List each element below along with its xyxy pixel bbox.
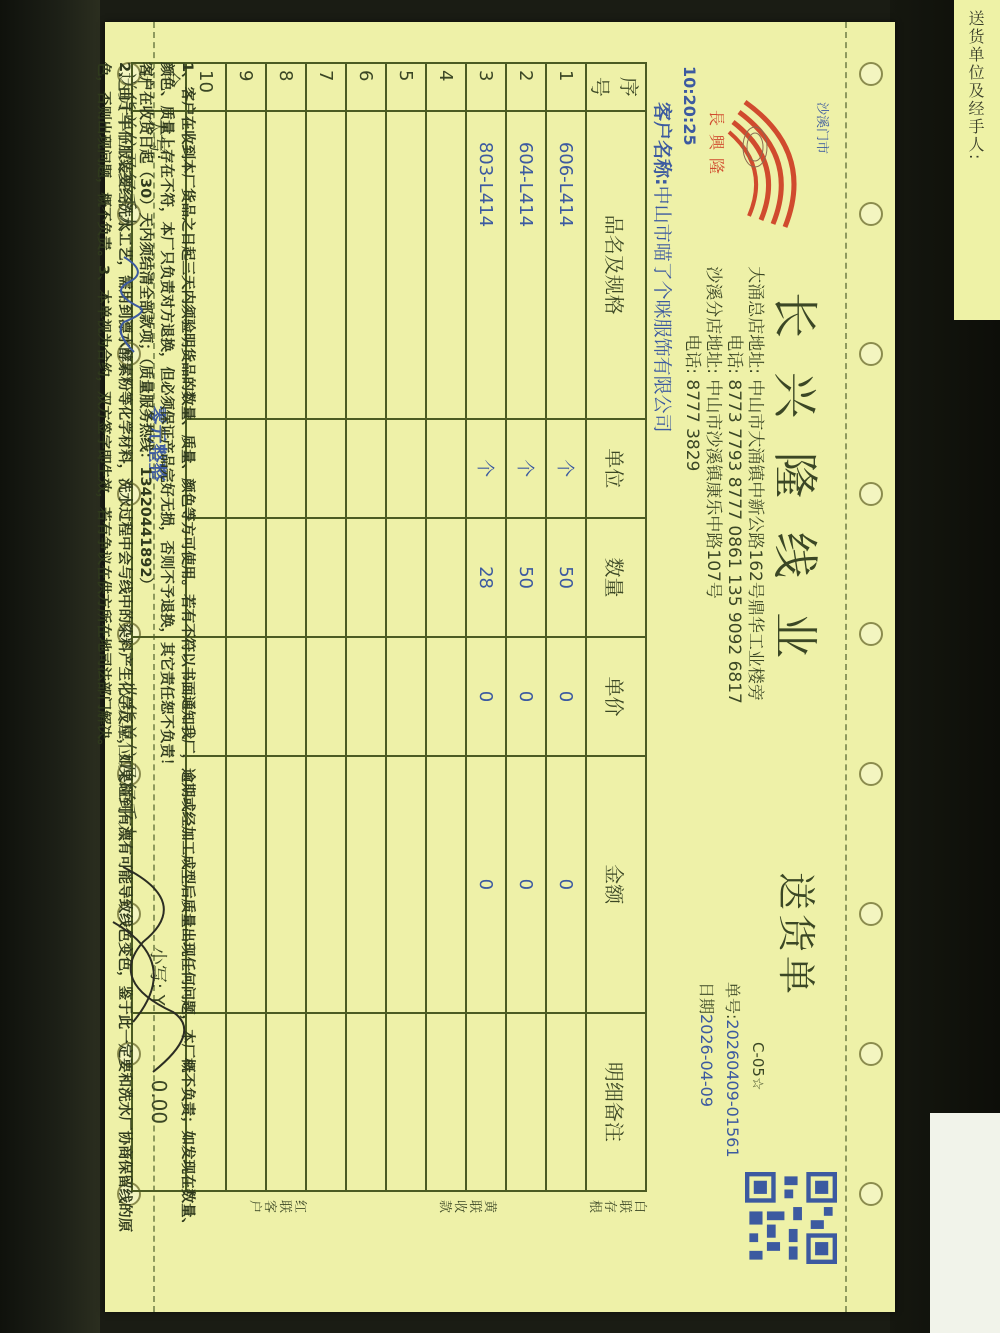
row-number: 2 <box>506 63 546 111</box>
item-quantity <box>386 517 426 636</box>
sprocket-hole <box>859 762 883 786</box>
receiver-signature-icon <box>103 862 203 1082</box>
item-note <box>466 1012 506 1190</box>
item-quantity: 50 <box>506 517 546 636</box>
item-amount <box>306 755 346 1012</box>
document-title: 送货单 <box>772 872 827 998</box>
sprocket-hole <box>859 62 883 86</box>
item-amount: 0 <box>506 755 546 1012</box>
item-quantity <box>346 517 386 636</box>
item-name: 606-L414 <box>546 110 586 418</box>
item-unit <box>226 418 266 517</box>
item-amount <box>346 755 386 1012</box>
swoosh-logo-icon <box>725 92 815 232</box>
note-header: 沙溪门市 長興隆 10:20:25 长兴隆线业 送货单 <box>687 62 837 1272</box>
item-name <box>386 110 426 418</box>
item-unit: 个 <box>466 418 506 517</box>
item-unit: 个 <box>546 418 586 517</box>
form-code: C-05☆ <box>745 982 771 1158</box>
sprocket-hole <box>859 342 883 366</box>
note-content: 沙溪门市 長興隆 10:20:25 长兴隆线业 送货单 <box>163 62 837 1272</box>
row-number: 3 <box>466 63 506 111</box>
item-quantity <box>306 517 346 636</box>
order-meta: C-05☆ 单号:20260409-01561 日期2026-04-09 <box>693 982 771 1158</box>
sprocket-hole <box>859 1182 883 1206</box>
item-unit: 个 <box>506 418 546 517</box>
item-amount: 0 <box>546 755 586 1012</box>
sender-signature-label: 送货单位及经手人: <box>114 72 143 239</box>
order-date: 2026-04-09 <box>697 1014 716 1107</box>
row-number: 6 <box>346 63 386 111</box>
item-amount <box>426 755 466 1012</box>
column-header: 金额 <box>586 755 646 1012</box>
company-name: 长兴隆线业 <box>765 292 831 692</box>
phone-row: 电话: 8773 7793 8777 0861 135 9092 6817 <box>723 262 744 704</box>
item-name <box>426 110 466 418</box>
customer-row: 客户名称:中山市喵了个咪服饰有限公司 <box>650 102 677 433</box>
item-quantity: 50 <box>546 517 586 636</box>
address-row: 沙溪分店地址: 中山市沙溪镇康乐中路107号 <box>702 262 723 704</box>
item-unit <box>306 418 346 517</box>
background-sender-label: 送货单位及经手人: <box>964 10 987 161</box>
copy-label-red: 红联客户 <box>247 1200 307 1216</box>
item-note <box>306 1012 346 1190</box>
sender-signature-icon <box>109 252 149 362</box>
row-number: 7 <box>306 63 346 111</box>
item-note <box>546 1012 586 1190</box>
item-quantity: 28 <box>466 517 506 636</box>
receiver-signature-label: 收货单位及经手人: <box>114 682 143 849</box>
item-quantity <box>266 517 306 636</box>
row-number: 1 <box>546 63 586 111</box>
row-number: 9 <box>226 63 266 111</box>
sprocket-hole <box>859 482 883 506</box>
address-row: 大涌总店地址: 中山市大涌镇中新公路162号鼎华工业楼旁 <box>744 262 765 704</box>
table-body: 1606-L414个50002604-L414个50003803-L414个28… <box>186 63 586 1191</box>
background-dark-left <box>0 0 100 1333</box>
item-name: 604-L414 <box>506 110 546 418</box>
item-name <box>266 110 306 418</box>
item-quantity <box>226 517 266 636</box>
sprocket-strip-top <box>845 22 895 1312</box>
order-number-row: 单号:20260409-01561 <box>719 982 745 1158</box>
item-unit <box>426 418 466 517</box>
table-row: 9 <box>226 63 266 1191</box>
item-amount <box>266 755 306 1012</box>
column-header: 明细备注 <box>586 1012 646 1190</box>
item-unit <box>346 418 386 517</box>
copy-label-white: 白联存根 <box>587 1200 647 1216</box>
row-number: 5 <box>386 63 426 111</box>
print-time: 10:20:25 <box>680 66 699 146</box>
delivery-note: 沙溪门市 長興隆 10:20:25 长兴隆线业 送货单 <box>105 22 895 1312</box>
item-unit-price <box>386 637 426 756</box>
item-amount <box>226 755 266 1012</box>
item-name <box>346 110 386 418</box>
item-unit-price <box>266 637 306 756</box>
item-name <box>306 110 346 418</box>
item-unit-price <box>306 637 346 756</box>
table-row: 3803-L414个2800 <box>466 63 506 1191</box>
table-row: 1606-L414个5000 <box>546 63 586 1191</box>
logo-store-label: 沙溪门市 <box>814 102 833 154</box>
qr-code-icon <box>745 1172 837 1264</box>
item-unit-price <box>226 637 266 756</box>
logo-brand-text: 長興隆 <box>706 110 729 182</box>
item-quantity <box>426 517 466 636</box>
item-note <box>506 1012 546 1190</box>
item-name <box>226 110 266 418</box>
item-unit-price <box>346 637 386 756</box>
phone-row: 电话: 8777 3829 <box>681 262 702 704</box>
copy-label-yellow: 黄联收款 <box>437 1200 497 1216</box>
table-header-row: 序号 品名及规格 单位 数量 单价 金额 明细备注 <box>586 63 646 1191</box>
item-unit <box>386 418 426 517</box>
row-number: 4 <box>426 63 466 111</box>
item-unit-price: 0 <box>466 637 506 756</box>
table-row: 2604-L414个5000 <box>506 63 546 1191</box>
background-receipt-copy: 送货单位及经手人: <box>954 0 1000 320</box>
item-amount <box>386 755 426 1012</box>
sprocket-hole <box>859 202 883 226</box>
order-number: 20260409-01561 <box>723 1019 742 1157</box>
date-row: 日期2026-04-09 <box>693 982 719 1158</box>
table-row: 4 <box>426 63 466 1191</box>
background-paper <box>930 1113 1000 1333</box>
column-header: 序号 <box>586 63 646 111</box>
item-note <box>266 1012 306 1190</box>
item-amount: 0 <box>466 755 506 1012</box>
row-number: 8 <box>266 63 306 111</box>
column-header: 单价 <box>586 637 646 756</box>
customer-name: 中山市喵了个咪服饰有限公司 <box>651 185 673 432</box>
column-header: 品名及规格 <box>586 110 646 418</box>
address-block: 大涌总店地址: 中山市大涌镇中新公路162号鼎华工业楼旁 电话: 8773 77… <box>681 262 765 704</box>
column-header: 数量 <box>586 517 646 636</box>
sprocket-hole <box>859 622 883 646</box>
item-note <box>226 1012 266 1190</box>
customer-label: 客户名称: <box>651 102 673 186</box>
item-note <box>346 1012 386 1190</box>
item-unit-price: 0 <box>506 637 546 756</box>
item-unit-price <box>426 637 466 756</box>
items-table: 序号 品名及规格 单位 数量 单价 金额 明细备注 1606-L414个5000… <box>131 62 647 1192</box>
sprocket-hole <box>859 902 883 926</box>
table-row: 7 <box>306 63 346 1191</box>
company-logo: 沙溪门市 長興隆 <box>697 72 837 242</box>
sprocket-hole <box>859 1042 883 1066</box>
delivery-note-photo: 沙溪门市 長興隆 10:20:25 长兴隆线业 送货单 <box>100 0 900 1333</box>
item-name: 803-L414 <box>466 110 506 418</box>
table-row: 6 <box>346 63 386 1191</box>
item-unit-price: 0 <box>546 637 586 756</box>
item-note <box>386 1012 426 1190</box>
table-row: 8 <box>266 63 306 1191</box>
column-header: 单位 <box>586 418 646 517</box>
item-note <box>426 1012 466 1190</box>
item-unit <box>266 418 306 517</box>
table-row: 5 <box>386 63 426 1191</box>
